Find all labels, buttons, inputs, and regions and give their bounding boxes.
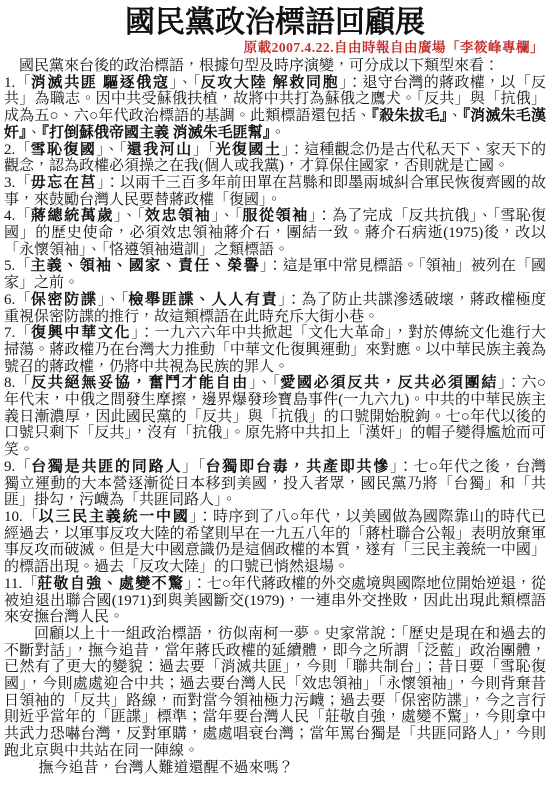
page-title: 國民黨政治標語回顧展 (4, 6, 546, 40)
body-text: 5.「 (4, 258, 30, 274)
slogan-text: 保密防諜 (31, 292, 98, 308)
slogan-text: 以三民主義統一中國 (39, 509, 190, 525)
paragraph: 7.「復興中華文化」：一九六六年中共掀起「文化大革命」，對於傳統文化進行大掃蕩。… (4, 325, 546, 375)
body-text: 10.「 (4, 509, 39, 525)
body-text: 3.「 (4, 175, 31, 191)
body-text: 9.「 (4, 459, 31, 475)
slogan-text: 效忠領袖 (145, 208, 212, 224)
body-text: 。 (270, 125, 285, 141)
body-text: 、 (27, 125, 42, 141)
paragraph: 5.「主義、領袖、國家、責任、榮譽」：這是軍中常見標語。「領袖」被列在「國家」之… (4, 258, 546, 291)
body-text: 」「 (182, 459, 205, 475)
body-text: 6.「 (4, 292, 31, 308)
emphasis-text: 『殺朱拔毛』 (371, 108, 447, 124)
body-text: 、 (447, 108, 462, 124)
slogan-text: 反攻大陸 解救同胞 (201, 75, 340, 91)
body-text: 」、「 (170, 75, 201, 91)
paragraph: 8.「反共絕無妥協，奮鬥才能自由」、「愛國必須反共，反共必須團結」：六○年代末，… (4, 375, 546, 459)
slogan-text: 愛國必須反共，反共必須團結 (280, 375, 498, 391)
body-text: 國民黨來台後的政治標語，根據句型及時序演變，可分成以下類型來看： (19, 58, 499, 74)
paragraph: 6.「保密防諜」、「檢舉匪諜、人人有責」：為了防止共諜滲透破壞，蔣政權極度重視保… (4, 292, 546, 325)
slogan-text: 雪恥復國 (31, 142, 97, 158)
slogan-text: 光復國土 (215, 142, 281, 158)
paragraph: 撫今追昔，台灣人難道還醒不過來嗎？ (4, 760, 546, 777)
body-text: 1.「 (4, 75, 31, 91)
paragraph: 1.「消滅共匪 驅逐俄寇」、「反攻大陸 解救同胞」：退守台灣的蔣政權，以「反共」… (4, 75, 546, 142)
slogan-text: 蔣總統萬歲 (31, 208, 114, 224)
body-text: 」、「 (96, 142, 126, 158)
document-page: 國民黨政治標語回顧展 原載2007.4.22.自由時報自由廣場「李筱峰專欄」 國… (0, 0, 551, 800)
paragraph: 國民黨來台後的政治標語，根據句型及時序演變，可分成以下類型來看： (4, 58, 546, 75)
body-text: 」、「 (97, 292, 128, 308)
body-text: 7.「 (4, 325, 31, 341)
body-text: 」、「 (211, 208, 242, 224)
body-text: 2.「 (4, 142, 31, 158)
slogan-text: 毋忘在莒 (31, 175, 97, 191)
paragraph: 2.「雪恥復國」、「還我河山」「光復國土」：這種觀念仍是古代私天下、家天下的觀念… (4, 142, 546, 175)
slogan-text: 主義、領袖、國家、責任、榮譽 (30, 258, 260, 274)
body-text: 」「 (193, 142, 216, 158)
body-text: 11.「 (4, 576, 37, 592)
body-text: 」、「 (114, 208, 145, 224)
body-text: 撫今追昔，台灣人難道還醒不過來嗎？ (39, 760, 294, 776)
article-body: 國民黨來台後的政治標語，根據句型及時序演變，可分成以下類型來看：1.「消滅共匪 … (4, 58, 546, 776)
slogan-text: 檢舉匪諜、人人有責 (128, 292, 278, 308)
slogan-text: 復興中華文化 (31, 325, 131, 341)
paragraph: 回顧以上十一組政治標語，彷似南柯一夢。史家常說：「歷史是現在和過去的不斷對話」，… (4, 626, 546, 760)
source-attribution: 原載2007.4.22.自由時報自由廣場「李筱峰專欄」 (4, 40, 544, 55)
slogan-text: 服從領袖 (242, 208, 309, 224)
slogan-text: 還我河山 (127, 142, 193, 158)
body-text: 8.「 (4, 375, 31, 391)
paragraph: 11.「莊敬自強、處變不驚」：七○年代蔣政權的外交處境與國際地位開始逆退，從被迫… (4, 576, 546, 626)
paragraph: 10.「以三民主義統一中國」：時序到了八○年代，以美國做為國際靠山的時代已經過去… (4, 509, 546, 576)
slogan-text: 消滅共匪 驅逐俄寇 (31, 75, 170, 91)
paragraph: 3.「毋忘在莒」：以兩千三百多年前田單在莒縣和即墨兩城糾合軍民恢復齊國的故事，來… (4, 175, 546, 208)
paragraph: 4.「蔣總統萬歲」、「效忠領袖」、「服從領袖」：為了完成「反共抗俄」、「雪恥復國… (4, 208, 546, 258)
body-text: 」、「 (249, 375, 280, 391)
slogan-text: 台獨即台毒，共產即共慘 (206, 459, 391, 475)
slogan-text: 反共絕無妥協，奮鬥才能自由 (31, 375, 249, 391)
body-text: 4.「 (4, 208, 31, 224)
emphasis-text: 『打倒蘇俄帝國主義 消滅朱毛匪幫』 (42, 125, 271, 141)
slogan-text: 莊敬自強、處變不驚 (37, 576, 184, 592)
slogan-text: 台獨是共匪的同路人 (31, 459, 182, 475)
paragraph: 9.「台獨是共匪的同路人」「台獨即台毒，共產即共慘」：七○年代之後，台灣獨立運動… (4, 459, 546, 509)
body-text: 回顧以上十一組政治標語，彷似南柯一夢。史家常說：「歷史是現在和過去的不斷對話」，… (4, 626, 546, 759)
